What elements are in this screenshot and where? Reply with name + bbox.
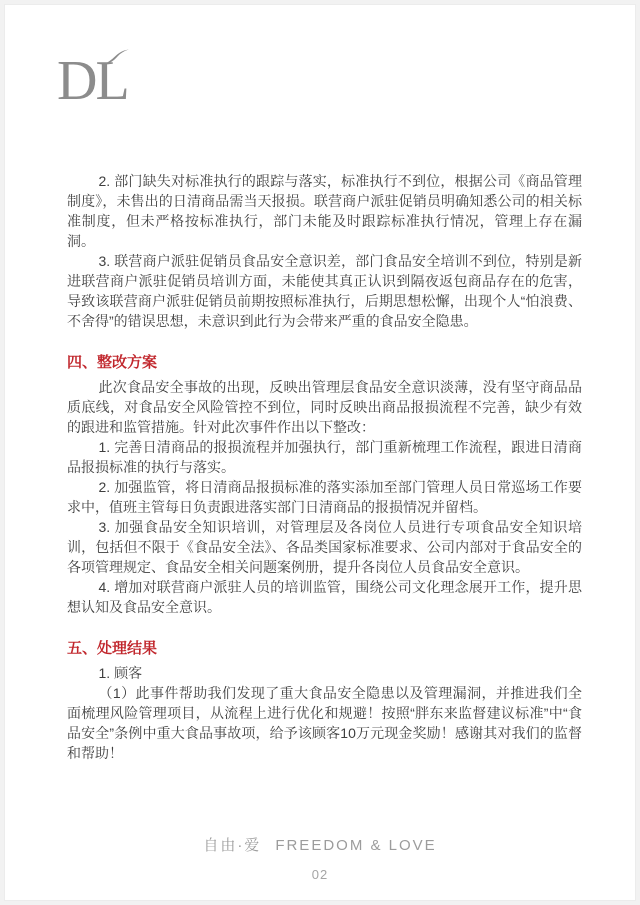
paragraph-standard-tracking: 2. 部门缺失对标准执行的跟踪与落实，标准执行不到位，根据公司《商品管理制度》，… <box>67 171 582 251</box>
page-number: 02 <box>5 867 635 882</box>
paragraph-rectification-item-4: 4. 增加对联营商户派驻人员的培训监管，围绕公司文化理念展开工作，提升思想认知及… <box>67 577 582 617</box>
paragraph-rectification-item-3: 3. 加强食品安全知识培训，对管理层及各岗位人员进行专项食品安全知识培训，包括但… <box>67 517 582 577</box>
footer-slogan-cn: 自由·爱 <box>203 837 261 854</box>
dl-logo: DL <box>57 53 128 109</box>
paragraph-promoter-awareness: 3. 联营商户派驻促销员食品安全意识差，部门食品安全培训不到位，特别是新进联营商… <box>67 251 582 331</box>
paragraph-rectification-item-1: 1. 完善日清商品的报损流程并加强执行，部门重新梳理工作流程，跟进日清商品报损标… <box>67 437 582 477</box>
footer-slogan: 自由·爱FREEDOM & LOVE <box>5 834 635 855</box>
paragraph-rectification-item-2: 2. 加强监管，将日清商品报损标准的落实添加至部门管理人员日常巡场工作要求中，值… <box>67 477 582 517</box>
paragraph-customer-reward: （1）此事件帮助我们发现了重大食品安全隐患以及管理漏洞，并推进我们全面梳理风险管… <box>67 683 582 763</box>
document-page: DL 2. 部门缺失对标准执行的跟踪与落实，标准执行不到位，根据公司《商品管理制… <box>4 4 636 901</box>
section-heading-handling-result: 五、处理结果 <box>67 639 582 659</box>
document-body: 2. 部门缺失对标准执行的跟踪与落实，标准执行不到位，根据公司《商品管理制度》，… <box>67 171 582 763</box>
logo-accent-icon <box>103 49 130 66</box>
section-heading-rectification: 四、整改方案 <box>67 353 582 373</box>
footer-slogan-en: FREEDOM & LOVE <box>275 837 436 854</box>
paragraph-customer-label: 1. 顾客 <box>67 663 582 683</box>
paragraph-rectification-intro: 此次食品安全事故的出现，反映出管理层食品安全意识淡薄，没有坚守商品品质底线，对食… <box>67 377 582 437</box>
